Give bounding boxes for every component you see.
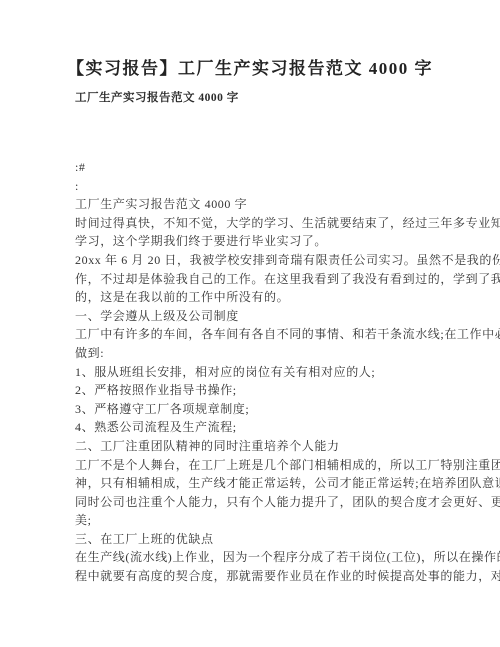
text-line: : [75,177,435,196]
text-line: 在生产线(流水线)上作业，因为一个程序分成了若干岗位(工位)，所以在操作的过 [75,548,435,567]
text-line: 一、学会遵从上级及公司制度 [75,307,435,326]
text-line: 程中就要有高度的契合度，那就需要作业员在作业的时候提高处事的能力，对人际 [75,567,435,586]
text-line: 时间过得真快，不知不觉，大学的学习、生活就要结束了，经过三年多专业知识的 [75,214,435,233]
text-line: 神，只有相辅相成，生产线才能正常运转，公司才能正常运转;在培养团队意识的 [75,474,435,493]
text-line: 二、工厂注重团队精神的同时注重培养个人能力 [75,437,435,456]
text-line: 20xx 年 6 月 20 日，我被学校安排到奇瑞有限责任公司实习。虽然不是我的… [75,251,435,270]
text-line: 3、严格遵守工厂各项规章制度; [75,400,435,419]
text-line: 作，不过却是体验我自己的工作。在这里我看到了我没有看到过的，学到了我不会 [75,270,435,289]
document-page: 【实习报告】工厂生产实习报告范文 4000 字 工厂生产实习报告范文 4000 … [0,0,500,647]
text-line: 4、熟悉公司流程及生产流程; [75,418,435,437]
text-line: :# [75,158,435,177]
text-line: 美; [75,511,435,530]
text-line: 学习，这个学期我们终于要进行毕业实习了。 [75,232,435,251]
text-line: 2、严格按照作业指导书操作; [75,381,435,400]
text-line: 的，这是在我以前的工作中所没有的。 [75,288,435,307]
document-title: 【实习报告】工厂生产实习报告范文 4000 字 [0,54,500,79]
text-line: 三、在工厂上班的优缺点 [75,530,435,549]
text-line: 同时公司也注重个人能力，只有个人能力提升了，团队的契合度才会更好、更完 [75,493,435,512]
text-line: 工厂不是个人舞台，在工厂上班是几个部门相辅相成的，所以工厂特别注重团队精 [75,456,435,475]
text-line: 1、服从班组长安排，相对应的岗位有关有相对应的人; [75,363,435,382]
text-line: 工厂生产实习报告范文 4000 字 [75,195,435,214]
document-subtitle: 工厂生产实习报告范文 4000 字 [75,89,239,105]
text-line: 做到: [75,344,435,363]
text-line: 工厂中有许多的车间，各车间有各自不同的事情、和若干条流水线;在工作中必须 [75,325,435,344]
document-body: :#:工厂生产实习报告范文 4000 字时间过得真快，不知不觉，大学的学习、生活… [75,158,435,586]
